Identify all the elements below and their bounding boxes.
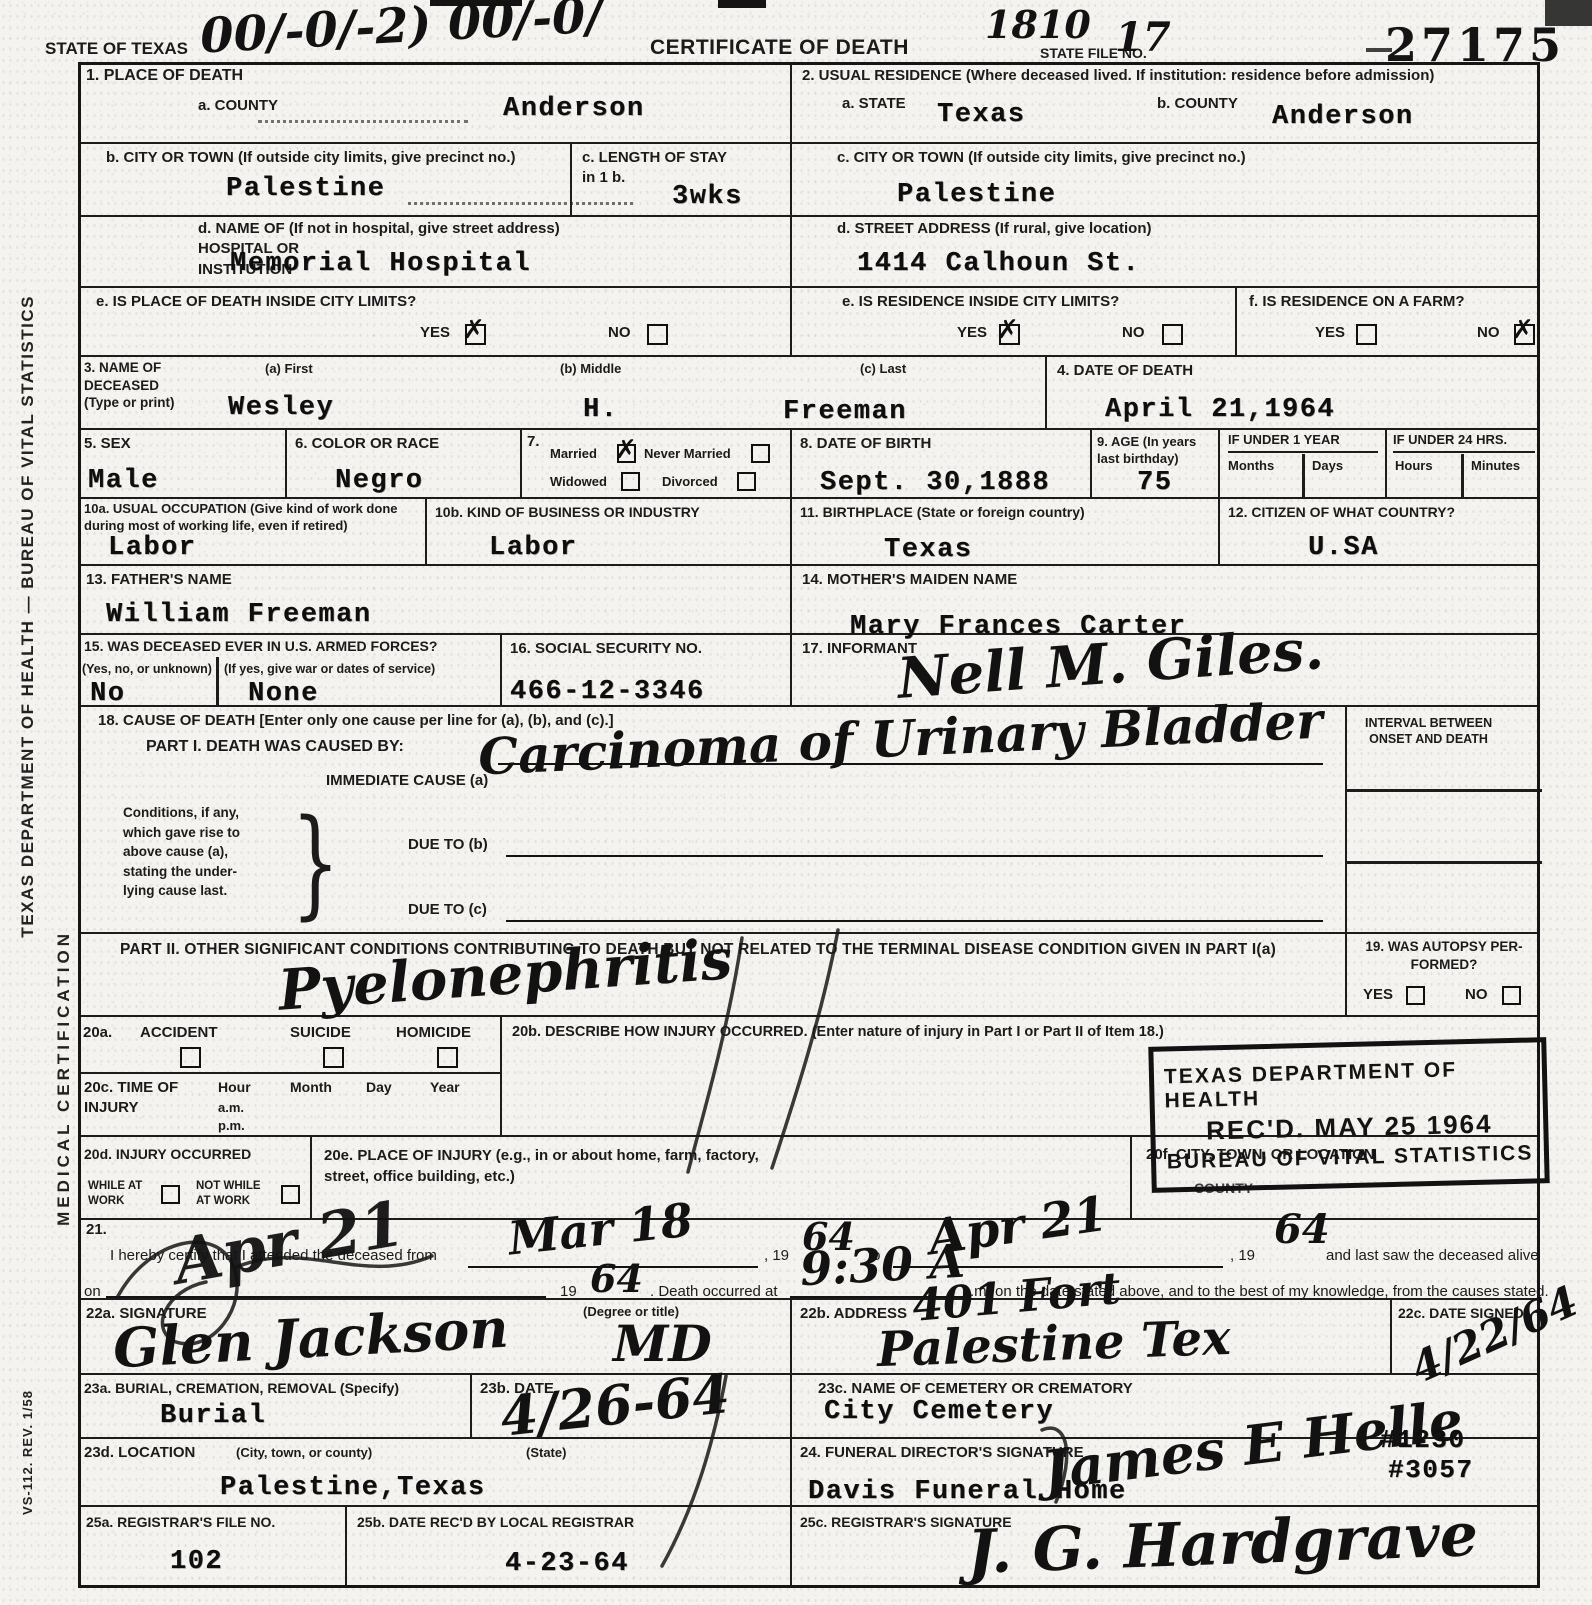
address-label: 22b. ADDRESS	[800, 1304, 907, 1324]
residence-state-label: a. STATE	[842, 94, 906, 114]
yes-label: YES	[420, 324, 450, 341]
no-label: NO	[1465, 986, 1488, 1003]
certify-text-4: , 19	[1230, 1246, 1255, 1266]
days-label: Days	[1312, 458, 1343, 475]
location-sub1: (City, town, or county)	[236, 1445, 372, 1462]
checkbox-divorced	[737, 472, 756, 491]
day-label: Day	[366, 1078, 392, 1096]
checkbox-suicide	[323, 1047, 344, 1068]
margin-medical-certification-text: MEDICAL CERTIFICATION	[54, 930, 74, 1226]
field-if-under-1-year: IF UNDER 1 YEAR Months Days	[1218, 428, 1385, 497]
field-length-of-stay: c. LENGTH OF STAY in 1 b. 3wks	[570, 142, 790, 215]
race-label: 6. COLOR OR RACE	[295, 434, 439, 454]
checkbox-homicide	[437, 1047, 458, 1068]
checkbox-not-while-at-work	[281, 1185, 300, 1204]
field-registrar-signature: 25c. REGISTRAR'S SIGNATURE J. G. Hardgra…	[790, 1505, 1540, 1588]
length-of-stay-value: 3wks	[672, 182, 743, 212]
hour-label: Hour	[218, 1078, 251, 1096]
am-label: a.m.	[218, 1100, 244, 1117]
f21-number: 21.	[86, 1220, 107, 1240]
death-city-limits-label: e. IS PLACE OF DEATH INSIDE CITY LIMITS?	[96, 292, 416, 312]
field-residence-city-limits: e. IS RESIDENCE INSIDE CITY LIMITS? YES …	[790, 286, 1235, 355]
license-number-1: #1230	[1380, 1425, 1466, 1455]
due-to-b-label: DUE TO (b)	[408, 835, 488, 855]
checkbox-farm-no: ✗	[1514, 324, 1535, 345]
citizen-value: U.SA	[1308, 533, 1379, 563]
field-kind-of-business: 10b. KIND OF BUSINESS OR INDUSTRY Labor	[425, 497, 790, 564]
field-age: 9. AGE (In years last birthday) 75	[1090, 428, 1218, 497]
date-of-death-value: April 21,1964	[1105, 395, 1335, 425]
handwritten-code: 00/-0/-2) 00/-0/	[199, 0, 604, 65]
check-mark: ✗	[463, 315, 485, 345]
location-sub2: (State)	[526, 1445, 566, 1462]
underline	[506, 920, 1323, 922]
field-funeral-director: 24. FUNERAL DIRECTOR'S SIGNATURE Davis F…	[790, 1437, 1540, 1505]
hours-label: Hours	[1395, 458, 1433, 475]
stamp-line1: TEXAS DEPARTMENT OF HEALTH	[1164, 1056, 1533, 1113]
field-part2-conditions: PART II. OTHER SIGNIFICANT CONDITIONS CO…	[78, 932, 1345, 1015]
divider	[1347, 789, 1542, 792]
street-address-label: d. STREET ADDRESS (If rural, give locati…	[837, 219, 1151, 239]
pm-label: p.m.	[218, 1118, 245, 1135]
field-citizen: 12. CITIZEN OF WHAT COUNTRY? U.SA	[1218, 497, 1540, 564]
under-1-year-label: IF UNDER 1 YEAR	[1228, 432, 1378, 453]
ssn-label: 16. SOCIAL SECURITY NO.	[510, 639, 702, 659]
widowed-label: Widowed	[550, 474, 607, 489]
stamp-line2: REC'D. MAY 25 1964	[1206, 1108, 1493, 1146]
dob-value: Sept. 30,1888	[820, 468, 1050, 498]
months-label: Months	[1228, 458, 1274, 475]
divider	[1461, 454, 1464, 499]
location-value: Palestine,Texas	[220, 1473, 486, 1503]
suicide-label: SUICIDE	[290, 1023, 351, 1043]
checkbox-residence-city-limits-yes: ✗	[999, 324, 1020, 345]
field-autopsy: 19. WAS AUTOPSY PER- FORMED? YES NO	[1345, 932, 1540, 1015]
field-social-security: 16. SOCIAL SECURITY NO. 466-12-3346	[500, 633, 790, 705]
field-sex: 5. SEX Male	[78, 428, 285, 497]
field-birthplace: 11. BIRTHPLACE (State or foreign country…	[790, 497, 1218, 564]
conditions-note: Conditions, if any, which gave rise to a…	[123, 803, 240, 901]
field-death-city-limits: e. IS PLACE OF DEATH INSIDE CITY LIMITS?…	[78, 286, 790, 355]
armed-forces-sub1: (Yes, no, or unknown)	[82, 661, 212, 677]
field-residence-on-farm: f. IS RESIDENCE ON A FARM? YES NO ✗	[1235, 286, 1540, 355]
while-at-work-label: WHILE AT WORK	[88, 1179, 142, 1209]
yes-label: YES	[1315, 324, 1345, 341]
field-hospital-name: d. NAME OF (If not in hospital, give str…	[78, 215, 790, 286]
sex-value: Male	[88, 466, 159, 496]
checkbox-married: ✗	[617, 444, 636, 463]
residence-county-value: Anderson	[1272, 102, 1414, 132]
father-label: 13. FATHER'S NAME	[86, 570, 232, 590]
registrar-file-value: 102	[170, 1547, 223, 1577]
divider	[1347, 861, 1542, 864]
certify-text-5: and last saw the deceased alive	[1326, 1246, 1539, 1266]
business-label: 10b. KIND OF BUSINESS OR INDUSTRY	[435, 503, 700, 521]
immediate-cause-label: IMMEDIATE CAUSE (a)	[326, 771, 488, 791]
margin-form-number: VS-112. REV. 1/58	[20, 1390, 35, 1515]
certificate-title: CERTIFICATE OF DEATH	[650, 34, 909, 61]
field-city-or-town: b. CITY OR TOWN (If outside city limits,…	[78, 142, 570, 215]
city-town-label: b. CITY OR TOWN (If outside city limits,…	[106, 148, 516, 168]
field-date-of-death: 4. DATE OF DEATH April 21,1964	[1045, 355, 1540, 428]
first-name-value: Wesley	[228, 393, 334, 423]
dob-label: 8. DATE OF BIRTH	[800, 434, 931, 454]
handwritten-file-no: 17	[1115, 14, 1171, 61]
field-date-signed: 22c. DATE SIGNED 4/22/64	[1390, 1298, 1540, 1373]
checkbox-death-city-limits-yes: ✗	[465, 324, 486, 345]
residence-state-value: Texas	[937, 100, 1026, 130]
checkbox-residence-city-limits-no	[1162, 324, 1183, 345]
field-fathers-name: 13. FATHER'S NAME William Freeman	[78, 564, 790, 633]
place-of-injury-label: 20e. PLACE OF INJURY (e.g., in or about …	[324, 1145, 759, 1187]
field-registrar-file-no: 25a. REGISTRAR'S FILE NO. 102	[78, 1505, 345, 1588]
f20a-number: 20a.	[83, 1023, 112, 1043]
received-stamp: TEXAS DEPARTMENT OF HEALTH REC'D. MAY 25…	[1148, 1037, 1549, 1193]
handwritten-1810: 1810	[985, 2, 1091, 47]
divorced-label: Divorced	[662, 474, 718, 489]
occupation-value: Labor	[108, 533, 197, 563]
hospital-value: Memorial Hospital	[230, 249, 531, 279]
yes-label: YES	[1363, 986, 1393, 1003]
checkbox-while-at-work	[161, 1185, 180, 1204]
year-2-handwriting: 64	[1274, 1206, 1330, 1253]
stamp-line3: BUREAU OF VITAL STATISTICS	[1166, 1141, 1533, 1174]
last-name-label: (c) Last	[860, 361, 906, 378]
age-label: 9. AGE (In years last birthday)	[1097, 434, 1196, 468]
not-while-at-work-label: NOT WHILE AT WORK	[196, 1179, 261, 1209]
time-of-injury-label: 20c. TIME OF INJURY	[84, 1078, 178, 1117]
field-accident-suicide-homicide: 20a. ACCIDENT SUICIDE HOMICIDE	[78, 1015, 500, 1072]
field-if-under-24-hrs: IF UNDER 24 HRS. Hours Minutes	[1385, 428, 1540, 497]
usual-residence-label: 2. USUAL RESIDENCE (Where deceased lived…	[802, 66, 1434, 86]
column-interval-onset-death: INTERVAL BETWEEN ONSET AND DEATH	[1345, 705, 1540, 932]
no-label: NO	[1477, 324, 1500, 341]
check-mark: ✗	[1512, 315, 1534, 345]
burial-date-handwriting: 4/26-64	[497, 1361, 732, 1449]
residence-city-town-label: c. CITY OR TOWN (If outside city limits,…	[837, 148, 1246, 168]
citizen-label: 12. CITIZEN OF WHAT COUNTRY?	[1228, 503, 1455, 521]
county-value: Anderson	[503, 94, 645, 124]
burial-label: 23a. BURIAL, CREMATION, REMOVAL (Specify…	[84, 1379, 399, 1397]
field-informant: 17. INFORMANT Nell M. Giles.	[790, 633, 1540, 705]
homicide-label: HOMICIDE	[396, 1023, 471, 1043]
field-armed-forces: 15. WAS DECEASED EVER IN U.S. ARMED FORC…	[78, 633, 500, 705]
ssn-value: 466-12-3346	[510, 677, 705, 707]
field-mothers-maiden-name: 14. MOTHER'S MAIDEN NAME Mary Frances Ca…	[790, 564, 1540, 633]
birthplace-value: Texas	[884, 535, 973, 565]
checkbox-accident	[180, 1047, 201, 1068]
mother-label: 14. MOTHER'S MAIDEN NAME	[802, 570, 1017, 590]
armed-forces-label: 15. WAS DECEASED EVER IN U.S. ARMED FORC…	[84, 637, 437, 655]
field-physician-address: 22b. ADDRESS 401 Fort Palestine Tex	[790, 1298, 1390, 1373]
certify-text-2: , 19	[764, 1246, 789, 1266]
accident-label: ACCIDENT	[140, 1023, 218, 1043]
scan-dashes	[258, 120, 468, 123]
underline	[506, 855, 1323, 857]
field-burial-date: 23b. DATE 4/26-64	[470, 1373, 790, 1437]
checkbox-autopsy-yes	[1406, 986, 1425, 1005]
age-value: 75	[1137, 468, 1172, 498]
checkbox-autopsy-no	[1502, 986, 1521, 1005]
yes-label: YES	[957, 324, 987, 341]
sex-label: 5. SEX	[84, 434, 131, 454]
year-label: Year	[430, 1078, 460, 1096]
brace-glyph: }	[291, 793, 340, 931]
autopsy-label: 19. WAS AUTOPSY PER- FORMED?	[1359, 938, 1529, 973]
middle-name-value: H.	[583, 395, 618, 425]
cemetery-label: 23c. NAME OF CEMETERY OR CREMATORY	[818, 1379, 1133, 1399]
birthplace-label: 11. BIRTHPLACE (State or foreign country…	[800, 503, 1085, 521]
registrar-signature: J. G. Hardgrave	[966, 1500, 1479, 1588]
field-usual-occupation: 10a. USUAL OCCUPATION (Give kind of work…	[78, 497, 425, 564]
field-usual-residence: 2. USUAL RESIDENCE (Where deceased lived…	[790, 62, 1540, 142]
field-burial-type: 23a. BURIAL, CREMATION, REMOVAL (Specify…	[78, 1373, 470, 1437]
interval-label: INTERVAL BETWEEN ONSET AND DEATH	[1365, 715, 1492, 748]
check-mark: ✗	[615, 435, 637, 465]
location-label: 23d. LOCATION	[84, 1443, 195, 1463]
state-of-texas-label: STATE OF TEXAS	[45, 38, 188, 60]
date-of-death-label: 4. DATE OF DEATH	[1057, 361, 1193, 381]
last-name-value: Freeman	[783, 397, 907, 427]
address-line2-handwriting: Palestine Tex	[876, 1310, 1231, 1378]
describe-injury-label: 20b. DESCRIBE HOW INJURY OCCURRED. (Ente…	[512, 1023, 1164, 1042]
field-residence-city-town: c. CITY OR TOWN (If outside city limits,…	[790, 142, 1540, 215]
checkbox-never-married	[751, 444, 770, 463]
checkbox-farm-yes	[1356, 324, 1377, 345]
field-name-of-deceased: 3. NAME OF DECEASED (Type or print) (a) …	[78, 355, 1045, 428]
residence-city-limits-label: e. IS RESIDENCE INSIDE CITY LIMITS?	[842, 292, 1119, 312]
field-injury-occurred: 20d. INJURY OCCURRED WHILE AT WORK NOT W…	[78, 1135, 310, 1218]
middle-name-label: (b) Middle	[560, 361, 621, 378]
field-place-of-death: 1. PLACE OF DEATH a. COUNTY Anderson	[78, 62, 790, 142]
death-certificate-scan: STATE OF TEXAS 00/-0/-2) 00/-0/ CERTIFIC…	[0, 0, 1592, 1605]
no-label: NO	[608, 324, 631, 341]
field-physician-signature: 22a. SIGNATURE (Degree or title) Glen Ja…	[78, 1298, 790, 1373]
no-label: NO	[1122, 324, 1145, 341]
name-of-deceased-label: 3. NAME OF DECEASED (Type or print)	[84, 359, 175, 412]
checkbox-death-city-limits-no	[647, 324, 668, 345]
city-town-value: Palestine	[226, 174, 385, 204]
date-recd-value: 4-23-64	[505, 1549, 629, 1579]
under-24-hrs-label: IF UNDER 24 HRS.	[1393, 432, 1535, 453]
residence-city-town-value: Palestine	[897, 180, 1056, 210]
first-name-label: (a) First	[265, 361, 313, 378]
county-label: a. COUNTY	[198, 96, 278, 116]
scan-artifact	[718, 0, 766, 8]
field-burial-location: 23d. LOCATION (City, town, or county) (S…	[78, 1437, 790, 1505]
margin-department-text: TEXAS DEPARTMENT OF HEALTH — BUREAU OF V…	[18, 295, 38, 938]
cemetery-value: City Cemetery	[824, 1397, 1054, 1427]
check-mark: ✗	[997, 315, 1019, 345]
field-date-of-birth: 8. DATE OF BIRTH Sept. 30,1888	[790, 428, 1090, 497]
field-cause-of-death: 18. CAUSE OF DEATH [Enter only one cause…	[78, 705, 1345, 932]
father-value: William Freeman	[106, 600, 372, 630]
marital-label: 7.	[527, 432, 540, 452]
divider	[216, 657, 219, 707]
date-recd-label: 25b. DATE REC'D BY LOCAL REGISTRAR	[357, 1513, 634, 1531]
license-number-2: #3057	[1388, 1455, 1474, 1485]
divider	[1302, 454, 1305, 499]
business-value: Labor	[489, 533, 578, 563]
residence-farm-label: f. IS RESIDENCE ON A FARM?	[1249, 292, 1465, 312]
burial-value: Burial	[160, 1401, 266, 1431]
field-certification-statement: 21. I hereby certify that I attended the…	[78, 1218, 1540, 1298]
minutes-label: Minutes	[1471, 458, 1520, 475]
year-3-handwriting: 64	[590, 1256, 643, 1301]
part1-label: PART I. DEATH WAS CAUSED BY:	[146, 737, 404, 758]
race-value: Negro	[335, 466, 424, 496]
field-marital-status: 7. Married ✗ Never Married Widowed Divor…	[520, 428, 790, 497]
field-date-recd-registrar: 25b. DATE REC'D BY LOCAL REGISTRAR 4-23-…	[345, 1505, 790, 1588]
field-color-or-race: 6. COLOR OR RACE Negro	[285, 428, 520, 497]
residence-county-label: b. COUNTY	[1157, 94, 1238, 114]
never-married-label: Never Married	[644, 446, 731, 461]
month-label: Month	[290, 1078, 332, 1096]
armed-forces-sub2: (If yes, give war or dates of service)	[224, 661, 435, 677]
field-time-of-injury: 20c. TIME OF INJURY Hour a.m. p.m. Month…	[78, 1072, 500, 1135]
place-of-death-label: 1. PLACE OF DEATH	[86, 66, 243, 87]
due-to-c-label: DUE TO (c)	[408, 900, 487, 920]
checkbox-widowed	[621, 472, 640, 491]
registrar-file-label: 25a. REGISTRAR'S FILE NO.	[86, 1513, 275, 1531]
field-street-address: d. STREET ADDRESS (If rural, give locati…	[790, 215, 1540, 286]
occupation-label: 10a. USUAL OCCUPATION (Give kind of work…	[84, 501, 398, 535]
street-address-value: 1414 Calhoun St.	[857, 249, 1140, 279]
injury-occurred-label: 20d. INJURY OCCURRED	[84, 1145, 251, 1163]
married-label: Married	[550, 446, 597, 461]
